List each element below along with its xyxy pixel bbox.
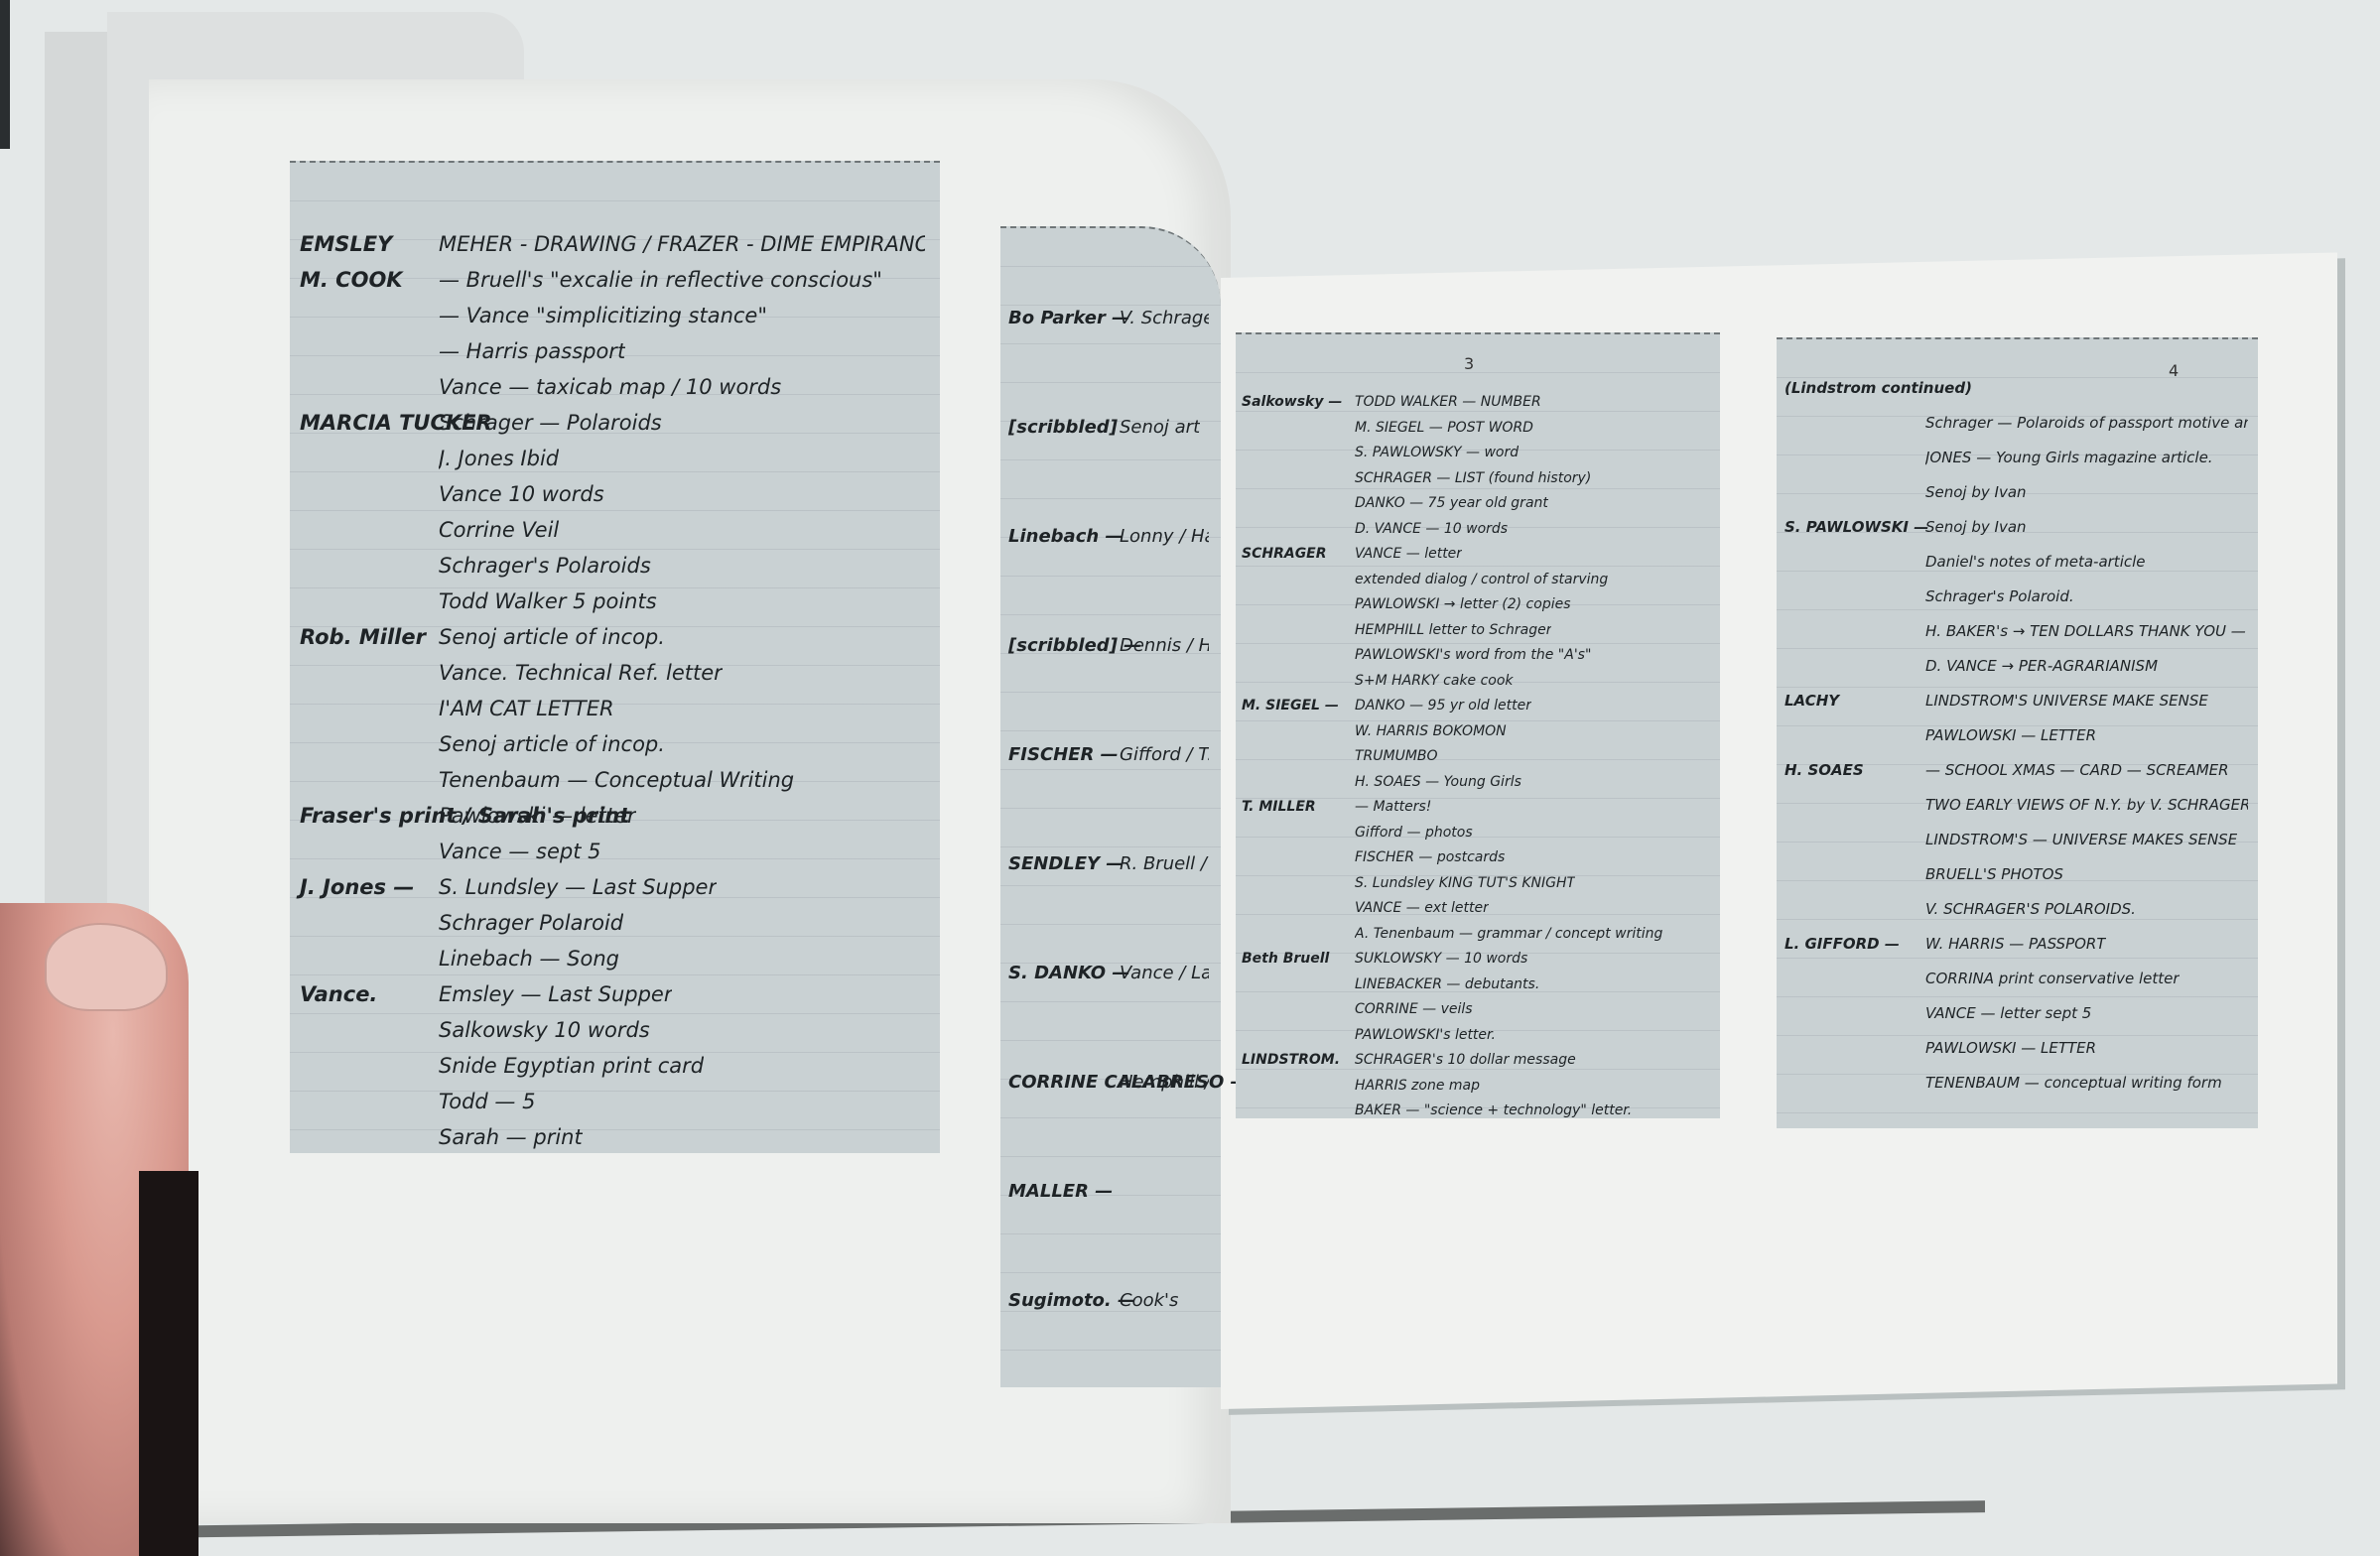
list-entry: S+M HARKY cake cook xyxy=(1355,673,1514,689)
list-entry: PAWLOWSKI — LETTER xyxy=(1925,1039,2096,1057)
list-entry: LINDSTROM'S — UNIVERSE MAKES SENSE xyxy=(1925,831,2237,848)
list-name: Sugimoto. — xyxy=(1008,1290,1135,1311)
list-entry: Todd Walker 5 points xyxy=(439,589,657,613)
list-entry: Hemphill / Bruell / Vance / Jones / Pawl… xyxy=(1120,1072,1209,1093)
list-name: T. MILLER xyxy=(1242,799,1316,815)
list-entry: Senoj by Ivan xyxy=(1925,518,2027,536)
list-entry: HARRIS zone map xyxy=(1355,1078,1480,1094)
list-entry: W. HARRIS — PASSPORT xyxy=(1925,935,2106,953)
list-entry: — Matters! xyxy=(1355,799,1431,815)
list-name: LACHY xyxy=(1785,692,1839,710)
list-entry: HEMPHILL letter to Schrager xyxy=(1355,622,1551,638)
list-entry: PAWLOWSKI's letter. xyxy=(1355,1027,1496,1043)
list-entry: — Vance "simplicitizing stance" xyxy=(439,304,767,327)
list-entry: Senoj article of incop. xyxy=(439,732,665,756)
list-entry: J. Jones Ibid xyxy=(439,447,559,470)
list-entry: PAWLOWSKI → letter (2) copies xyxy=(1355,596,1571,612)
list-entry: V. Schrager xyxy=(1120,308,1209,328)
list-entry: I'AM CAT LETTER xyxy=(439,697,614,720)
page-number: 3 xyxy=(1464,354,1474,373)
list-name: Vance. xyxy=(300,982,377,1006)
list-entry: Schrager — Polaroids of passport motive … xyxy=(1925,414,2248,432)
list-entry: PAWLOWSKI's word from the "A's" xyxy=(1355,647,1591,663)
list-name: SENDLEY — xyxy=(1008,853,1124,874)
list-entry: DANKO — 75 year old grant xyxy=(1355,495,1548,511)
list-entry: Cook's xyxy=(1120,1290,1178,1311)
list-entry: S. Lundsley KING TUT'S KNIGHT xyxy=(1355,875,1575,891)
list-entry: Daniel's notes of meta-article xyxy=(1925,553,2146,571)
page-number: 4 xyxy=(2169,361,2179,380)
list-entry: M. SIEGEL — POST WORD xyxy=(1355,420,1533,436)
list-entry: Sarah — print xyxy=(439,1125,583,1149)
list-entry: Linebach — Song xyxy=(439,947,619,971)
list-entry: PAWLOWSKI — LETTER xyxy=(1925,726,2096,744)
list-entry: Vance / Lawrence / Schrager / Linebach xyxy=(1120,963,1209,983)
list-entry: TWO EARLY VIEWS OF N.Y. by V. SCHRAGER. xyxy=(1925,796,2248,814)
list-name: Bo Parker — xyxy=(1008,308,1129,328)
list-name: M. SIEGEL — xyxy=(1242,698,1339,713)
list-name: FISCHER — xyxy=(1008,744,1119,765)
list-entry: D. VANCE — 10 words xyxy=(1355,521,1508,537)
handwritten-sheet-3: 3 Salkowsky —TODD WALKER — NUMBERM. SIEG… xyxy=(1236,332,1720,1118)
list-entry: S. PAWLOWSKY — word xyxy=(1355,445,1519,460)
list-entry: CORRINA print conservative letter xyxy=(1925,970,2180,987)
list-entry: TENENBAUM — conceptual writing form xyxy=(1925,1074,2222,1092)
list-entry: VANCE — ext letter xyxy=(1355,900,1489,916)
list-entry: Schrager's Polaroids xyxy=(439,554,651,578)
list-entry: A. Tenenbaum — grammar / concept writing xyxy=(1355,926,1662,942)
list-entry: JONES — Young Girls magazine article. xyxy=(1925,449,2213,466)
list-entry: — Harris passport xyxy=(439,339,625,363)
list-entry: VANCE — letter xyxy=(1355,546,1462,562)
list-entry: Snide Egyptian print card xyxy=(439,1054,704,1078)
list-name: S. PAWLOWSKI — xyxy=(1785,518,1928,536)
list-name: S. DANKO — xyxy=(1008,963,1129,983)
background-dark-object xyxy=(0,0,10,149)
list-entry: MEHER - DRAWING / FRAZER - DIME EMPIRANO xyxy=(439,232,925,256)
list-entry: FISCHER — postcards xyxy=(1355,849,1505,865)
list-entry: Senoj by Ivan xyxy=(1925,483,2027,501)
list-entry: Schrager — Polaroids xyxy=(439,411,662,435)
list-name: SCHRAGER xyxy=(1242,546,1327,562)
list-entry: Senoj art xyxy=(1120,417,1200,438)
list-entry: Emsley — Last Supper xyxy=(439,982,672,1006)
list-name: Beth Bruell xyxy=(1242,951,1329,967)
list-entry: Schrager Polaroid xyxy=(439,911,623,935)
list-entry: H. BAKER's → TEN DOLLARS THANK YOU — xyxy=(1925,622,2246,640)
handwritten-sheet-2: Bo Parker —V. Schrager[scribbled]Senoj a… xyxy=(1000,226,1221,1387)
list-name: MALLER — xyxy=(1008,1181,1113,1202)
list-name: L. GIFFORD — xyxy=(1785,935,1900,953)
list-entry: H. SOAES — Young Girls xyxy=(1355,774,1521,790)
list-entry: Vance 10 words xyxy=(439,482,604,506)
list-entry: W. HARRIS BOKOMON xyxy=(1355,723,1507,739)
list-name: LINDSTROM. xyxy=(1242,1052,1340,1068)
list-entry: BRUELL'S PHOTOS xyxy=(1925,865,2063,883)
handwritten-sheet-1: EMSLEYMEHER - DRAWING / FRAZER - DIME EM… xyxy=(290,161,940,1153)
list-entry: SCHRAGER — LIST (found history) xyxy=(1355,470,1591,486)
list-entry: SUKLOWSKY — 10 words xyxy=(1355,951,1527,967)
list-name: (Lindstrom continued) xyxy=(1785,379,1972,397)
handwritten-sheet-4: 4 (Lindstrom continued)Schrager — Polaro… xyxy=(1777,337,2258,1128)
list-entry: TODD WALKER — NUMBER xyxy=(1355,394,1541,410)
list-entry: Vance. Technical Ref. letter xyxy=(439,661,723,685)
list-entry: BAKER — "science + technology" letter. xyxy=(1355,1102,1632,1118)
list-entry: Vance — taxicab map / 10 words xyxy=(439,375,781,399)
list-name: J. Jones — xyxy=(300,875,414,899)
list-name: Rob. Miller xyxy=(300,625,426,649)
hand-shadow xyxy=(139,1171,198,1556)
list-entry: — Bruell's "excalie in reflective consci… xyxy=(439,268,882,292)
list-entry: DANKO — 95 yr old letter xyxy=(1355,698,1531,713)
list-entry: Gifford — photos xyxy=(1355,825,1473,841)
list-name: Salkowsky — xyxy=(1242,394,1342,410)
list-entry: LINEBACKER — debutants. xyxy=(1355,976,1539,992)
list-entry: Dennis / Hemphill / Snide / Todd / Vance… xyxy=(1120,635,1209,656)
list-entry: D. VANCE → PER-AGRARIANISM xyxy=(1925,657,2158,675)
list-name: Linebach — xyxy=(1008,526,1123,547)
list-entry: Corrine Veil xyxy=(439,518,559,542)
list-entry: LINDSTROM'S UNIVERSE MAKE SENSE xyxy=(1925,692,2208,710)
list-entry: V. SCHRAGER'S POLAROIDS. xyxy=(1925,900,2136,918)
list-entry: CORRINE — veils xyxy=(1355,1001,1473,1017)
list-name: H. SOAES xyxy=(1785,761,1864,779)
list-entry: Senoj article of incop. xyxy=(439,625,665,649)
list-entry: SCHRAGER's 10 dollar message xyxy=(1355,1052,1576,1068)
list-name: EMSLEY xyxy=(300,232,392,256)
list-entry: extended dialog / control of starving xyxy=(1355,572,1608,587)
list-entry: Todd — 5 xyxy=(439,1090,535,1113)
list-name: M. COOK xyxy=(300,268,403,292)
list-entry: Pawlowski — letter xyxy=(439,804,636,828)
list-entry: VANCE — letter sept 5 xyxy=(1925,1004,2091,1022)
list-entry: S. Lundsley — Last Supper xyxy=(439,875,717,899)
list-entry: — SCHOOL XMAS — CARD — SCREAMER xyxy=(1925,761,2229,779)
list-entry: Lonny / Hamburg / Bell xyxy=(1120,526,1209,547)
list-entry: Tenenbaum — Conceptual Writing xyxy=(439,768,794,792)
list-entry: Schrager's Polaroid. xyxy=(1925,587,2074,605)
list-entry: Salkowsky 10 words xyxy=(439,1018,650,1042)
list-entry: TRUMUMBO xyxy=(1355,748,1438,764)
list-entry: R. Bruell / print xyxy=(1120,853,1209,874)
list-entry: Gifford / T. Miller / Schrager / Salkows… xyxy=(1120,744,1209,765)
list-name: [scribbled] xyxy=(1008,417,1118,438)
list-entry: Vance — sept 5 xyxy=(439,840,600,863)
